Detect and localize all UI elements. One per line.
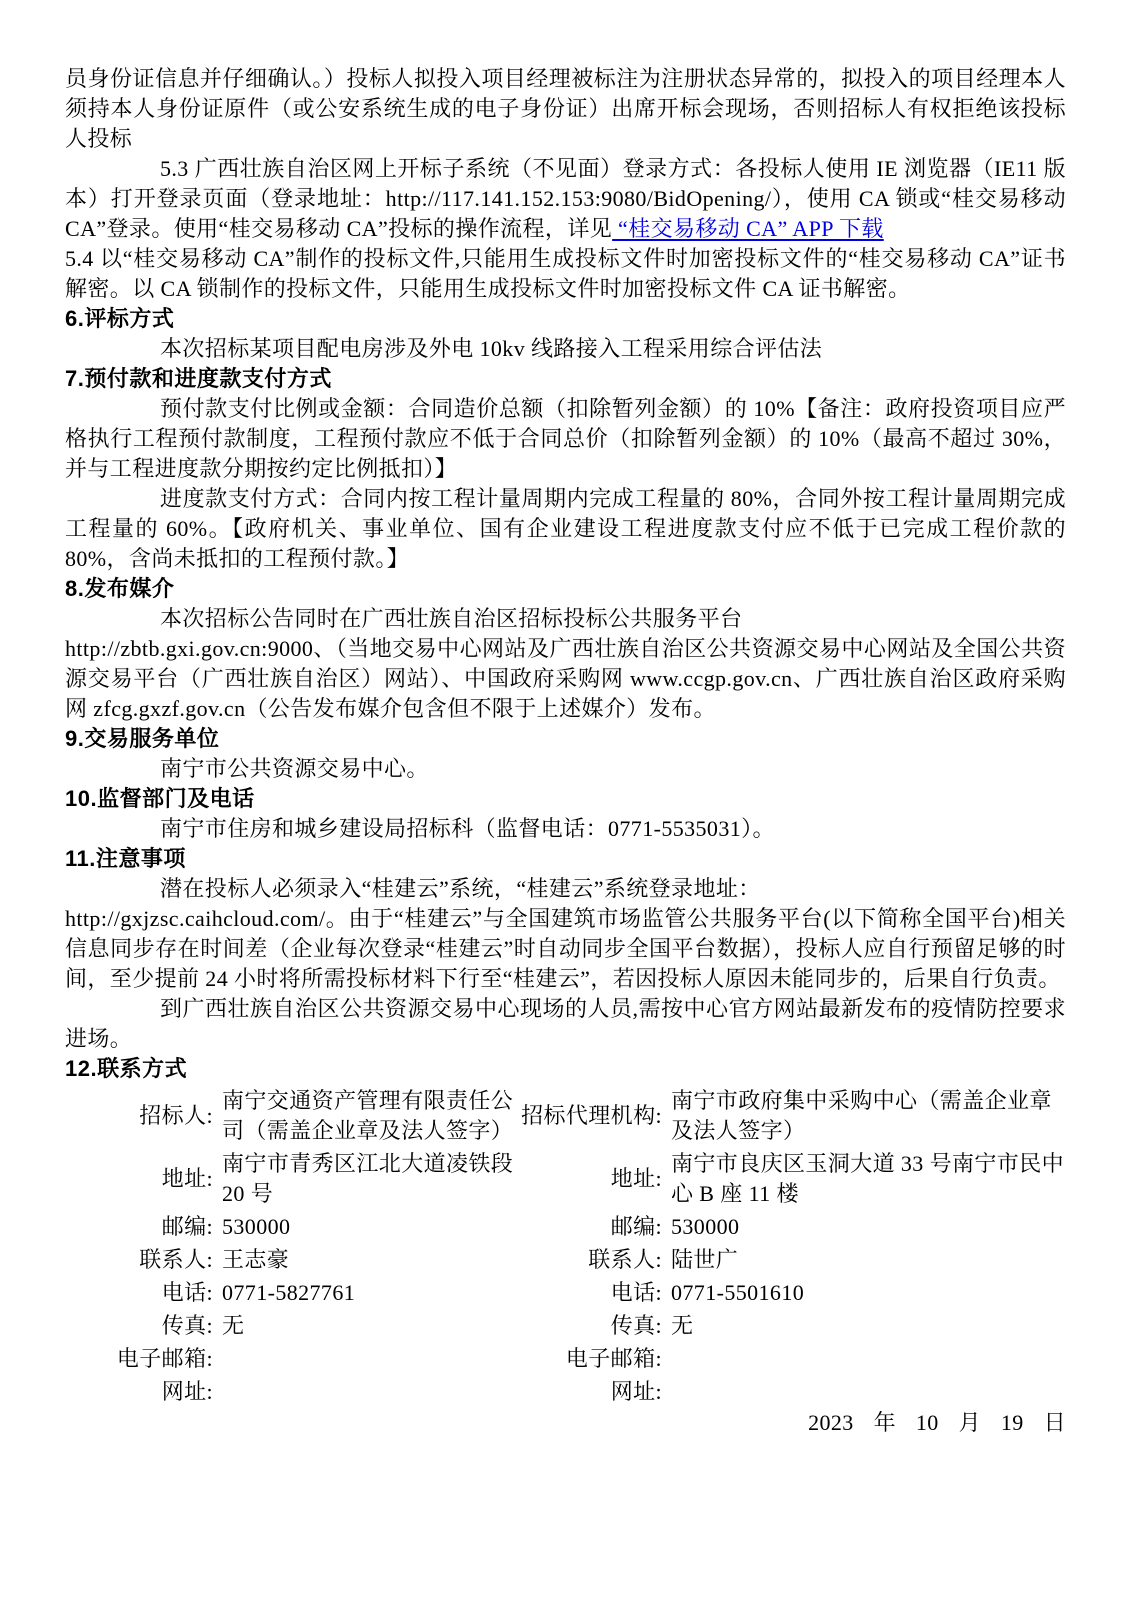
- section-8-paragraph-2: http://zbtb.gxi.gov.cn:9000、（当地交易中心网站及广西…: [65, 634, 1066, 724]
- tenderer-postcode-text: 530000: [222, 1212, 290, 1242]
- agency-phone-label: 电话:: [525, 1276, 662, 1309]
- agency-fax-text: 无: [671, 1311, 693, 1341]
- paragraph-clause-5-4: 5.4 以“桂交易移动 CA”制作的投标文件,只能用生成投标文件时加密投标文件的…: [65, 244, 1066, 304]
- tenderer-address-text: 南宁市青秀区江北大道凌铁段 20 号: [222, 1149, 525, 1209]
- section-9-heading: 9.交易服务单位: [65, 724, 1066, 754]
- agency-value-text: 南宁市政府集中采购中心（需盖企业章及法人签字）: [671, 1086, 1066, 1146]
- tenderer-address-label: 地址:: [65, 1147, 213, 1210]
- section-6-heading: 6.评标方式: [65, 304, 1066, 334]
- paragraph-clause-5-3: 5.3 广西壮族自治区网上开标子系统（不见面）登录方式：各投标人使用 IE 浏览…: [65, 154, 1066, 244]
- tenderer-contact-person-label: 联系人:: [65, 1243, 213, 1276]
- section-7-heading: 7.预付款和进度款支付方式: [65, 364, 1066, 394]
- agency-postcode-value: 530000: [662, 1210, 1066, 1243]
- tenderer-fax-text: 无: [222, 1311, 244, 1341]
- agency-postcode-label: 邮编:: [525, 1210, 662, 1243]
- tenderer-phone-text: 0771-5827761: [222, 1278, 355, 1308]
- section-10-body: 南宁市住房和城乡建设局招标科（监督电话：0771-5535031）。: [65, 814, 1066, 844]
- section-11-paragraph-1: 潜在投标人必须录入“桂建云”系统，“桂建云”系统登录地址：: [65, 874, 1066, 904]
- tenderer-website-value: [213, 1375, 525, 1408]
- section-8-paragraph-1: 本次招标公告同时在广西壮族自治区招标投标公共服务平台: [65, 604, 1066, 634]
- agency-label: 招标代理机构:: [525, 1084, 662, 1147]
- tender-notice-page: 员身份证信息并仔细确认。）投标人拟投入项目经理被标注为注册状态异常的，拟投入的项…: [0, 0, 1131, 1600]
- agency-fax-label: 传真:: [525, 1309, 662, 1342]
- section-7-paragraph-1: 预付款支付比例或金额：合同造价总额（扣除暂列金额）的 10%【备注：政府投资项目…: [65, 394, 1066, 484]
- section-7-paragraph-2: 进度款支付方式：合同内按工程计量周期内完成工程量的 80%，合同外按工程计量周期…: [65, 484, 1066, 574]
- section-8-heading: 8.发布媒介: [65, 574, 1066, 604]
- agency-phone-value: 0771-5501610: [662, 1276, 1066, 1309]
- agency-website-label: 网址:: [525, 1375, 662, 1408]
- section-9-body: 南宁市公共资源交易中心。: [65, 754, 1066, 784]
- tenderer-contact-person-value: 王志豪: [213, 1243, 525, 1276]
- tenderer-website-label: 网址:: [65, 1375, 213, 1408]
- tenderer-email-value: [213, 1342, 525, 1375]
- section-11-paragraph-3: 到广西壮族自治区公共资源交易中心现场的人员,需按中心官方网站最新发布的疫情防控要…: [65, 994, 1066, 1054]
- tenderer-value-text: 南宁交通资产管理有限责任公司（需盖企业章及法人签字）: [222, 1086, 525, 1146]
- tenderer-contact-person-text: 王志豪: [222, 1245, 289, 1275]
- agency-address-label: 地址:: [525, 1147, 662, 1210]
- paragraph-intro-continuation: 员身份证信息并仔细确认。）投标人拟投入项目经理被标注为注册状态异常的，拟投入的项…: [65, 64, 1066, 154]
- agency-contact-person-text: 陆世广: [671, 1245, 738, 1275]
- agency-website-value: [662, 1375, 1066, 1408]
- tenderer-fax-value: 无: [213, 1309, 525, 1342]
- clause-5-3-text: 5.3 广西壮族自治区网上开标子系统（不见面）登录方式：各投标人使用 IE 浏览…: [65, 156, 1066, 241]
- agency-address-text: 南宁市良庆区玉洞大道 33 号南宁市民中心 B 座 11 楼: [671, 1149, 1066, 1209]
- agency-phone-text: 0771-5501610: [671, 1278, 804, 1308]
- tenderer-fax-label: 传真:: [65, 1309, 213, 1342]
- tenderer-label: 招标人:: [65, 1084, 213, 1147]
- ca-app-download-link[interactable]: “桂交易移动 CA” APP 下载: [612, 216, 884, 241]
- tenderer-phone-value: 0771-5827761: [213, 1276, 525, 1309]
- agency-fax-value: 无: [662, 1309, 1066, 1342]
- agency-contact-person-label: 联系人:: [525, 1243, 662, 1276]
- tenderer-phone-label: 电话:: [65, 1276, 213, 1309]
- section-10-heading: 10.监督部门及电话: [65, 784, 1066, 814]
- section-12-heading: 12.联系方式: [65, 1054, 1066, 1084]
- agency-address-value: 南宁市良庆区玉洞大道 33 号南宁市民中心 B 座 11 楼: [662, 1147, 1066, 1210]
- agency-email-label: 电子邮箱:: [525, 1342, 662, 1375]
- document-date: 2023 年 10 月 19 日: [65, 1408, 1066, 1438]
- agency-contact-person-value: 陆世广: [662, 1243, 1066, 1276]
- agency-email-value: [662, 1342, 1066, 1375]
- tenderer-address-value: 南宁市青秀区江北大道凌铁段 20 号: [213, 1147, 525, 1210]
- contact-table: 招标人: 南宁交通资产管理有限责任公司（需盖企业章及法人签字） 招标代理机构: …: [65, 1084, 1066, 1408]
- tenderer-email-label: 电子邮箱:: [65, 1342, 213, 1375]
- agency-value: 南宁市政府集中采购中心（需盖企业章及法人签字）: [662, 1084, 1066, 1147]
- section-11-paragraph-2: http://gxjzsc.caihcloud.com/。由于“桂建云”与全国建…: [65, 904, 1066, 994]
- tenderer-postcode-label: 邮编:: [65, 1210, 213, 1243]
- section-6-body: 本次招标某项目配电房涉及外电 10kv 线路接入工程采用综合评估法: [65, 334, 1066, 364]
- section-11-heading: 11.注意事项: [65, 844, 1066, 874]
- tenderer-postcode-value: 530000: [213, 1210, 525, 1243]
- agency-postcode-text: 530000: [671, 1212, 739, 1242]
- tenderer-value: 南宁交通资产管理有限责任公司（需盖企业章及法人签字）: [213, 1084, 525, 1147]
